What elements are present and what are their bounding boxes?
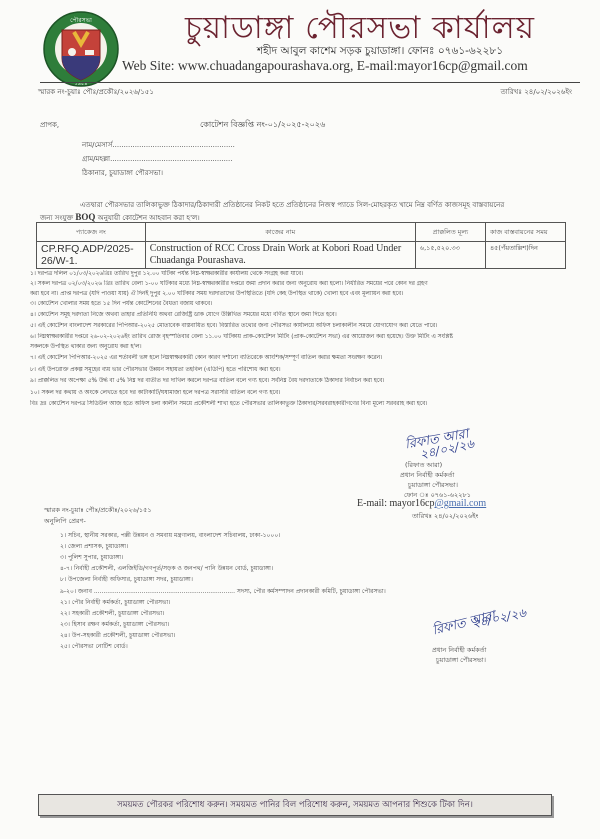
municipality-seal-icon: পৌরসভা ১৯৫৪	[40, 10, 122, 88]
condition-item: ৪। কোটেশন সমূহ দরদাতা নিজে অথবা তাহার প্…	[30, 311, 590, 319]
village-field: গ্রাম/মহল্লা............................…	[82, 153, 232, 165]
condition-item: ১০। সকল দর কথায় ও অংকে লেখতে হবে দর কাট…	[30, 389, 590, 397]
boq-label: BOQ	[75, 212, 95, 222]
copy-list-item: ৩। পুলিশ সুপার, চুয়াডাঙ্গা।	[60, 552, 123, 563]
header-divider	[40, 82, 580, 83]
intro-suffix: অনুযায়ী কোটেশন আহবান করা হ'ল।	[95, 214, 199, 222]
copy-list-item: ৪-৭। নির্বাহী প্রকৌশলী, এলজিইডি/গণপূর্ত/…	[60, 563, 273, 574]
address-field: ঠিকানার, চুয়াডাঙ্গা পৌরসভা।	[82, 167, 163, 179]
signatory-2-organization: চুয়াডাঙ্গা পৌরসভা।	[436, 655, 486, 666]
memo-number: স্মারক নং-চুয়াঃ পৌঃ/প্রকৌঃ/২০২৬/১৫১	[38, 86, 154, 98]
condition-item: করা হবে না। প্রাপ্ত দরপত্র (যদি পাওয়া য…	[30, 290, 590, 298]
intro-paragraph-line-1: এতদ্বারা পৌরসভার তালিকাভুক্ত ঠিকাদার/ঠিক…	[80, 199, 590, 211]
condition-item: সকলকে উপস্থিত থাকার জন্য অনুরোধ করা হ'ল।	[30, 343, 590, 351]
email-label: E-mail: mayor16cp	[357, 498, 434, 509]
condition-item: ৬। নিম্নস্বাক্ষরকারীর দপ্তরে ২৬-০২-২০২৬ই…	[30, 333, 590, 341]
header-package-no: প্যাকেজ নং	[37, 223, 146, 242]
copy-list-item: ২৫। পৌরসভা নোটিশ বোর্ড।	[60, 641, 128, 652]
quotation-table: প্যাকেজ নং কাজের নাম প্রাক্কলিত মূল্য কা…	[36, 222, 566, 269]
copy-list-item: ২৩। হিসাব রক্ষণ কর্মকর্তা, চুয়াডাঙ্গা প…	[60, 619, 169, 630]
package-no-cell: CP.RFQ.ADP/2025-26/W-1.	[37, 242, 146, 269]
duration-cell: ৪৫(পঁয়তাল্লিশ)দিন	[485, 242, 565, 269]
condition-item: ৩। কোটেশন খোলার সময় হতে ১৫ দিন পর্যন্ত …	[30, 300, 590, 308]
estimated-cost-cell: ৬,১৫,৫২০.৩৩	[415, 242, 485, 269]
header-work-name: কাজের নাম	[145, 223, 415, 242]
condition-item: ৫। এই কোটেশন বাংলাদেশ সরকারের পিপিআর-২০২…	[30, 322, 590, 330]
intro-prefix: জন্য সংযুক্ত	[40, 214, 75, 222]
document-page: পৌরসভা ১৯৫৪ চুয়াডাঙ্গা পৌরসভা কার্যালয়…	[0, 0, 600, 839]
copy-list-item: ২৪। উপ-সহকারী প্রকৌশলী, চুয়াডাঙ্গা পৌরস…	[60, 630, 175, 641]
work-name-cell: Construction of RCC Cross Drain Work at …	[145, 242, 415, 269]
copy-list-item: ৯-২০। জনাব .............................…	[60, 586, 386, 597]
table-row: CP.RFQ.ADP/2025-26/W-1. Construction of …	[37, 242, 566, 269]
copy-list-title: অনুলিপি প্রেরণ-	[44, 516, 86, 527]
svg-text:পৌরসভা: পৌরসভা	[70, 17, 92, 24]
copy-list-item: ১। সচিব, স্থানীয় সরকার, পল্লী উন্নয়ন ও…	[60, 530, 280, 541]
footer-slogan-banner: সময়মত পৌরকর পরিশোধ করুন। সময়মত পানির ব…	[38, 794, 552, 816]
condition-item: ৯। প্রাক্কলিত দর অপেক্ষা ৫% উর্দ্ধ বা ৫%…	[30, 377, 590, 385]
memo-date: তারিখঃ ২৪/০২/২০২৬ইং	[501, 86, 572, 98]
condition-item: ৮। এই উপরোক্ত প্রকল্প সমূহের ব্যয় ভার প…	[30, 366, 590, 374]
name-field: নাম/মেসার্স.............................…	[82, 139, 235, 151]
copy-list-item: ৮। উপজেলা নির্বাহী অফিসার, চুয়াডাঙ্গা স…	[60, 574, 193, 585]
condition-item: ২। সকল দরপত্র ০২/০৩/২০২৬ খ্রিঃ তারিখ বেল…	[30, 280, 590, 288]
copy-memo-number: স্মারক নং-চুয়াঃ পৌঃ/প্রকৌঃ/২০২৬/১৫১	[44, 505, 152, 516]
notice-number: কোটেশন বিজ্ঞপ্তি নং-০১/২০২৫-২০২৬	[200, 119, 325, 132]
condition-note: বিঃ দ্রঃ কোটেশন দরপত্র সিডিউল আজ হতে অফি…	[30, 400, 590, 408]
email-link[interactable]: @gmail.com	[434, 498, 486, 509]
copy-list-item: ২। জেলা প্রশাসক, চুয়াডাঙ্গা।	[60, 541, 128, 552]
signatory-email: E-mail: mayor16cp@gmail.com	[357, 498, 486, 509]
copy-list-item: ২১। পৌর নির্বাহী কর্মকর্তা, চুয়াডাঙ্গা …	[60, 597, 170, 608]
condition-item: ৭। এই কোটেশন পিপিআর-২০২৫ এর শর্তাবলী ভঙ্…	[30, 354, 590, 362]
condition-item: ১। দরপত্র দলিল ০১/০৩/২০২৬খ্রিঃ তারিখ দুপ…	[30, 270, 590, 278]
table-header-row: প্যাকেজ নং কাজের নাম প্রাক্কলিত মূল্য কা…	[37, 223, 566, 242]
signature-date: তারিখঃ ২৪/০২/২০২৬ইং	[412, 511, 478, 522]
copy-list-item: ২২। সহকারী প্রকৌশলী, চুয়াডাঙ্গা পৌরসভা।	[60, 608, 164, 619]
web-email-line: Web Site: www.chuadangapourashava.org, E…	[122, 58, 600, 74]
header-estimated-cost: প্রাক্কলিত মূল্য	[415, 223, 485, 242]
recipient-label: প্রাপক,	[40, 119, 59, 131]
header-duration: কাজ বাস্তবায়নের সময়	[485, 223, 565, 242]
